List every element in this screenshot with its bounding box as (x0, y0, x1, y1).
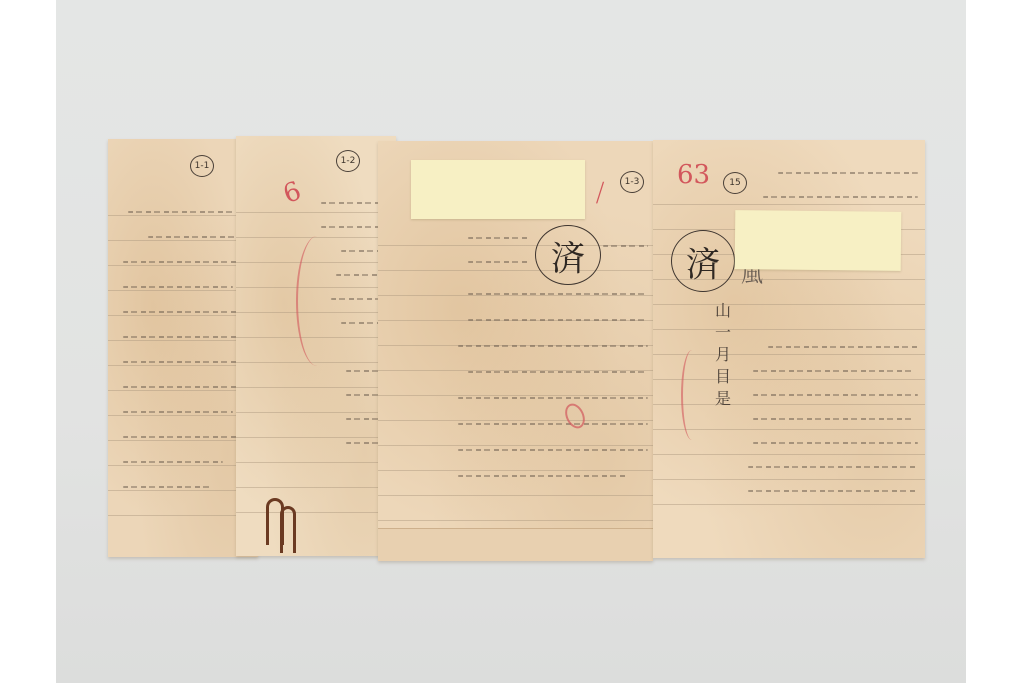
handwriting-line (123, 286, 233, 288)
handwriting-line (468, 237, 528, 239)
handwriting-line (748, 490, 918, 492)
handwriting-line (603, 245, 648, 247)
red-pencil-annotation (681, 350, 703, 440)
handwriting-line (778, 172, 918, 174)
handwriting-line (458, 423, 648, 425)
handwriting-line (123, 361, 238, 363)
page-number-badge: 1-1 (190, 155, 214, 177)
handwriting-line (468, 293, 648, 295)
page-number-badge: 15 (723, 172, 747, 194)
handwriting-line (458, 345, 648, 347)
handwriting-line (458, 397, 648, 399)
circled-done-mark: 済 (671, 230, 735, 292)
folded-page-edge (378, 528, 653, 561)
handwriting-line (123, 386, 243, 388)
handwriting-line (753, 442, 918, 444)
circled-done-mark: 済 (535, 225, 601, 285)
handwriting-line (123, 261, 243, 263)
page-number-badge: 1-3 (620, 171, 644, 193)
red-pencil-annotation: 63 (677, 160, 710, 190)
handwriting-line (748, 466, 918, 468)
handwriting-line (123, 311, 243, 313)
handwriting-line (128, 211, 238, 213)
handwriting-line (753, 370, 913, 372)
handwriting-line (123, 411, 233, 413)
handwriting-line (123, 486, 213, 488)
sticky-note (735, 210, 902, 271)
vertical-handwritten-note: 山一月目是 (715, 300, 733, 410)
sticky-note (411, 160, 585, 219)
manuscript-sheet-4: 63 15 済 風 山一月目是 (653, 140, 925, 558)
handwriting-line (468, 371, 648, 373)
handwriting-line (468, 261, 528, 263)
red-pencil-annotation: ⧸ (596, 179, 604, 207)
handwriting-line (768, 346, 918, 348)
paper-clip-icon (280, 506, 296, 553)
handwriting-line (123, 336, 243, 338)
handwriting-line (468, 319, 648, 321)
manuscript-sheet-2: 1-2 6 (236, 136, 396, 556)
handwriting-line (123, 461, 223, 463)
handwriting-line (148, 236, 238, 238)
handwriting-line (123, 436, 243, 438)
handwriting-line (753, 394, 918, 396)
handwriting-line (458, 475, 628, 477)
handwriting-line (763, 196, 918, 198)
handwriting-line (458, 449, 648, 451)
handwriting-line (753, 418, 913, 420)
red-pencil-annotation (296, 236, 338, 366)
page-number-badge: 1-2 (336, 150, 360, 172)
